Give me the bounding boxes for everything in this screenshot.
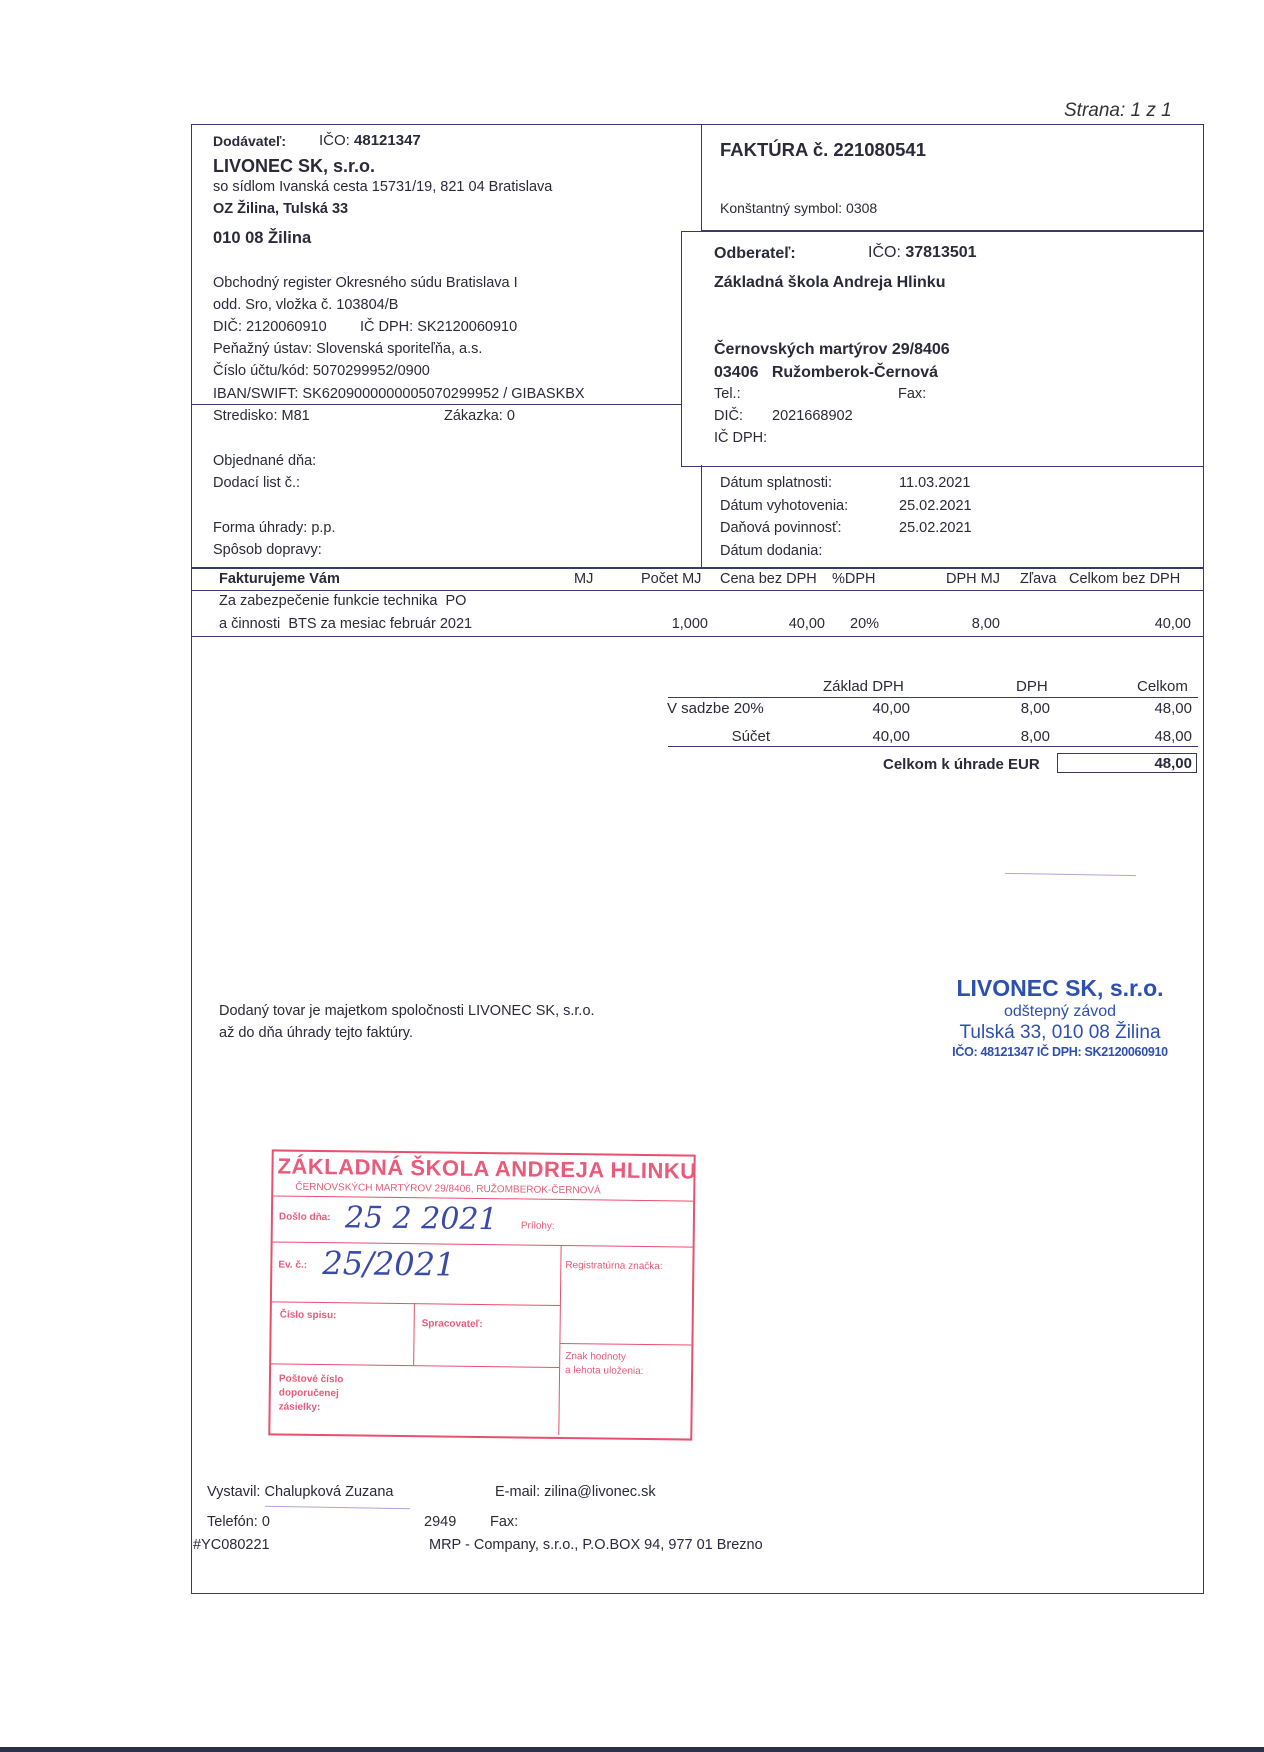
- value-mark-label-1: Znak hodnoty: [565, 1351, 626, 1363]
- summary-row-total: 48,00: [1092, 700, 1192, 717]
- registry-stamp-title: ZÁKLADNÁ ŠKOLA ANDREJA HLINKU: [277, 1153, 696, 1184]
- supplier-bottom-line: [191, 404, 681, 405]
- constant-symbol: Konštantný symbol: 0308: [720, 200, 877, 216]
- value-mark-label-2: a lehota uloženia:: [565, 1365, 644, 1377]
- supplier-iban: IBAN/SWIFT: SK6209000000005070299952 / G…: [213, 386, 585, 402]
- date-label: Dátum vyhotovenia:: [720, 498, 848, 514]
- postal-label-1: Poštové číslo: [279, 1374, 344, 1386]
- col-description: Fakturujeme Vám: [219, 571, 340, 587]
- handler-label: Spracovateľ:: [422, 1318, 483, 1330]
- customer-ico: IČO: 37813501: [868, 244, 977, 262]
- registry-stamp-subtitle: ČERNOVSKÝCH MARTÝROV 29/8406, RUŽOMBEROK…: [295, 1182, 601, 1197]
- supplier-register-2: odd. Sro, vložka č. 103804/B: [213, 297, 398, 313]
- registry-stamp: ZÁKLADNÁ ŠKOLA ANDREJA HLINKU ČERNOVSKÝC…: [268, 1149, 695, 1440]
- footer-phone-end: 2949: [424, 1514, 456, 1530]
- supplier-ico-value: 48121347: [354, 132, 421, 149]
- stamp-line: [559, 1343, 691, 1346]
- ownership-note-1: Dodaný tovar je majetkom spoločnosti LIV…: [219, 1003, 595, 1019]
- footer-software: MRP - Company, s.r.o., P.O.BOX 94, 977 0…: [429, 1537, 763, 1553]
- frame-bottom: [191, 1593, 1204, 1594]
- issued-by-signature: [265, 1506, 410, 1510]
- frame-left: [191, 124, 192, 1594]
- order-job: Zákazka: 0: [444, 408, 515, 424]
- date-value: 11.03.2021: [899, 475, 971, 491]
- stamp-line: [272, 1301, 560, 1306]
- company-stamp-name: LIVONEC SK, s.r.o.: [935, 975, 1185, 1002]
- date-value: 25.02.2021: [899, 498, 972, 514]
- date-label: Dátum splatnosti:: [720, 475, 832, 491]
- item-qty: 1,000: [620, 616, 708, 632]
- header-divider: [701, 124, 702, 231]
- customer-street: Černovských martýrov 29/8406: [714, 341, 950, 359]
- col-discount: Zľava: [1020, 571, 1056, 587]
- stamp-line: [273, 1195, 693, 1201]
- customer-dic-label: DIČ:: [714, 408, 743, 424]
- file-no-label: Číslo spisu:: [280, 1310, 337, 1322]
- order-ordered-on: Objednané dňa:: [213, 453, 316, 469]
- summary-row-vat: 8,00: [950, 700, 1050, 717]
- signature-line: [1005, 873, 1136, 876]
- summary-sum-base: 40,00: [800, 728, 910, 745]
- supplier-seat: so sídlom Ivanská cesta 15731/19, 821 04…: [213, 179, 552, 195]
- reg-mark-label: Registratúrna značka:: [565, 1260, 662, 1272]
- item-desc-1: Za zabezpečenie funkcie technika PO: [219, 593, 466, 609]
- order-transport: Spôsob dopravy:: [213, 542, 322, 558]
- summary-row-base: 40,00: [800, 700, 910, 717]
- date-label: Dátum dodania:: [720, 543, 822, 559]
- footer-email: E-mail: zilina@livonec.sk: [495, 1484, 656, 1500]
- summary-header-base: Základ DPH: [823, 678, 904, 695]
- ev-label: Ev. č.:: [278, 1260, 307, 1271]
- customer-name: Základná škola Andreja Hlinku: [714, 274, 945, 292]
- col-mj: MJ: [574, 571, 593, 587]
- supplier-branch: OZ Žilina, Tulská 33: [213, 201, 348, 217]
- supplier-ico-label: IČO:: [319, 132, 350, 149]
- page-number: Strana: 1 z 1: [1064, 100, 1172, 122]
- issued-by: Vystavil: Chalupková Zuzana: [207, 1484, 393, 1500]
- item-vat-unit: 8,00: [900, 616, 1000, 632]
- company-stamp-line-3: Tulská 33, 010 08 Žilina: [935, 1022, 1185, 1044]
- summary-sum-total: 48,00: [1092, 728, 1192, 745]
- order-delivery-note: Dodací list č.:: [213, 475, 300, 491]
- item-vat-pct: 20%: [850, 616, 879, 632]
- item-total: 40,00: [1090, 616, 1191, 632]
- supplier-dic: DIČ: 2120060910: [213, 319, 327, 335]
- supplier-account: Číslo účtu/kód: 5070299952/0900: [213, 363, 430, 379]
- stamp-line: [271, 1363, 559, 1368]
- customer-tel-label: Tel.:: [714, 386, 741, 402]
- ownership-note-2: až do dňa úhrady tejto faktúry.: [219, 1025, 413, 1041]
- item-price: 40,00: [740, 616, 825, 632]
- date-label: Daňová povinnosť:: [720, 520, 842, 536]
- col-price: Cena bez DPH: [720, 571, 817, 587]
- received-label: Došlo dňa:: [279, 1212, 331, 1224]
- footer-phone-start: Telefón: 0: [207, 1514, 270, 1530]
- customer-label: Odberateľ:: [714, 245, 796, 263]
- col-total: Celkom bez DPH: [1069, 571, 1180, 587]
- date-value: 25.02.2021: [899, 520, 972, 536]
- table-bottom-line: [191, 636, 1204, 637]
- invoice-title: FAKTÚRA č. 221080541: [720, 139, 926, 161]
- order-payment: Forma úhrady: p.p.: [213, 520, 336, 536]
- stamp-line: [413, 1303, 415, 1365]
- col-vat-pct: %DPH: [832, 571, 876, 587]
- summary-sum-label: Súčet: [667, 728, 770, 745]
- summary-sum-line: [668, 746, 1198, 747]
- postal-label-2: doporučenej: [279, 1388, 339, 1400]
- footer-fax: Fax:: [490, 1514, 518, 1530]
- summary-row-label: V sadzbe 20%: [667, 700, 764, 717]
- order-center: Stredisko: M81: [213, 408, 310, 424]
- customer-dic: 2021668902: [772, 408, 853, 424]
- supplier-register-1: Obchodný register Okresného súdu Bratisl…: [213, 275, 518, 291]
- customer-fax-label: Fax:: [898, 386, 926, 402]
- table-header-line: [191, 590, 1204, 591]
- frame-top: [191, 124, 1204, 125]
- company-stamp-line-4: IČO: 48121347 IČ DPH: SK2120060910: [935, 1045, 1185, 1059]
- item-desc-2: a činnosti BTS za mesiac február 2021: [219, 616, 472, 632]
- summary-header-total: Celkom: [1137, 678, 1188, 695]
- grand-total-label: Celkom k úhrade EUR: [883, 756, 1040, 773]
- customer-ic-dph-label: IČ DPH:: [714, 430, 767, 446]
- stamp-line: [558, 1245, 561, 1435]
- summary-sum-vat: 8,00: [950, 728, 1050, 745]
- table-top-line: [191, 567, 1204, 569]
- grand-total-value: 48,00: [1057, 753, 1197, 773]
- supplier-name: LIVONEC SK, s.r.o.: [213, 156, 375, 177]
- footer-code: #YC080221: [193, 1537, 270, 1553]
- col-vat-unit: DPH MJ: [946, 571, 1000, 587]
- supplier-city: 010 08 Žilina: [213, 229, 311, 248]
- summary-header-vat: DPH: [1016, 678, 1048, 695]
- col-qty: Počet MJ: [641, 571, 701, 587]
- summary-header-line: [668, 697, 1198, 698]
- customer-city: 03406 Ružomberok-Černová: [714, 364, 938, 382]
- company-stamp-line-2: odštepný závod: [935, 1003, 1185, 1021]
- postal-label-3: zásielky:: [279, 1402, 321, 1414]
- dates-divider: [701, 465, 702, 567]
- supplier-bank: Peňažný ústav: Slovenská sporiteľňa, a.s…: [213, 341, 482, 357]
- ev-value: 25/2021: [322, 1244, 455, 1284]
- supplier-ico: IČO: 48121347: [319, 132, 421, 149]
- supplier-ic-dph: IČ DPH: SK2120060910: [360, 319, 517, 335]
- scan-edge: [0, 1747, 1264, 1752]
- customer-ico-label: IČO:: [868, 244, 901, 261]
- attachments-label: Prílohy:: [521, 1220, 555, 1231]
- supplier-label: Dodávateľ:: [213, 133, 286, 149]
- received-value: 25 2 2021: [345, 1200, 498, 1237]
- customer-ico-value: 37813501: [905, 244, 976, 261]
